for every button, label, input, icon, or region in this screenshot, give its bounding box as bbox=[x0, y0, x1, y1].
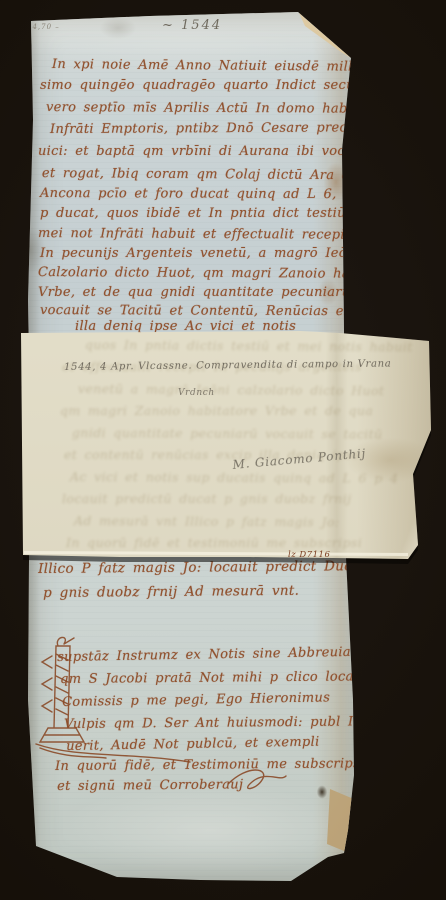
photo-backdrop: 64,70 – ~ 1544 In xpi noie Amē Anno Nati… bbox=[0, 0, 446, 900]
bleedthrough-text-line: Ad mesurā vnt Illico p fatz magis Jo: bbox=[74, 513, 340, 529]
ink-text-line: In pecunijs Argenteis venetū, a magrō Ie… bbox=[40, 246, 360, 262]
ink-text-line: vocauit se Tacitū et Contentū, Renūcias … bbox=[40, 303, 372, 320]
ink-text-line: simo quingēo quadragēo quarto Indict sec… bbox=[40, 78, 400, 94]
ink-text-line: Vrbe, et de qua gnidi quantitate pecunia… bbox=[38, 285, 350, 301]
ink-text-line: et signū meū Corroberauj bbox=[57, 777, 243, 795]
bleedthrough-text-line: locauit predictū ducat p gnis duobz frni… bbox=[62, 491, 351, 506]
slip-bottom-edge-highlight bbox=[24, 551, 408, 556]
pen-flourish-drawing bbox=[222, 762, 292, 796]
ink-text-line: vero septīo mīs Aprilis Actū In domo hab… bbox=[46, 100, 358, 118]
bleedthrough-text-line: quos In pntia dictis testiū et mei notis… bbox=[85, 337, 413, 354]
ink-text-line: uici: et baptā qm vrbīni di Aurana ibi v… bbox=[38, 144, 359, 160]
ink-text-line: In xpi noie Amē Anno Natiuit eiusdē mill… bbox=[52, 57, 361, 76]
bleedthrough-text-line: In quorū fidē et testimoniū me subscrips… bbox=[66, 535, 362, 550]
bleedthrough-text-line: venetū a magrō Ieōni calzolario dicto Hu… bbox=[78, 381, 384, 398]
bleedthrough-text-line: qm magri Zanoio habitatore Vrbe et de qu… bbox=[60, 403, 373, 418]
notarial-sign-drawing bbox=[26, 634, 196, 766]
bleedthrough-text-line: gnidi quantitate pecuniarū vocauit se ta… bbox=[72, 425, 383, 442]
ink-text-line: Ancona pcīo et foro ducat quinq ad L 6, … bbox=[40, 186, 369, 203]
ink-text-line: et rogat, Ibiq coram qm Colaj dictū Ara … bbox=[42, 166, 359, 184]
pencil-inventory-note: 64,70 – bbox=[27, 23, 60, 31]
ink-fragment-note: lz D7116 bbox=[288, 550, 330, 560]
ink-text-line: Infrāti Emptoris, pntibz Dnō Cesare prec… bbox=[50, 120, 369, 138]
ink-text-line: p ducat, quos ibidē et In pntia dict tes… bbox=[40, 206, 367, 222]
archivist-secondary-note: Vrdnch bbox=[178, 388, 215, 398]
ink-text-line: Calzolario dicto Huot, qm magri Zanoio h… bbox=[38, 265, 369, 283]
pencil-date-note: ~ 1544 bbox=[162, 18, 222, 33]
ink-text-line: p gnis duobz frnij Ad mesurā vnt. bbox=[43, 583, 299, 601]
ink-text-line: mei not Infrāti habuit et effectualit re… bbox=[38, 226, 351, 244]
